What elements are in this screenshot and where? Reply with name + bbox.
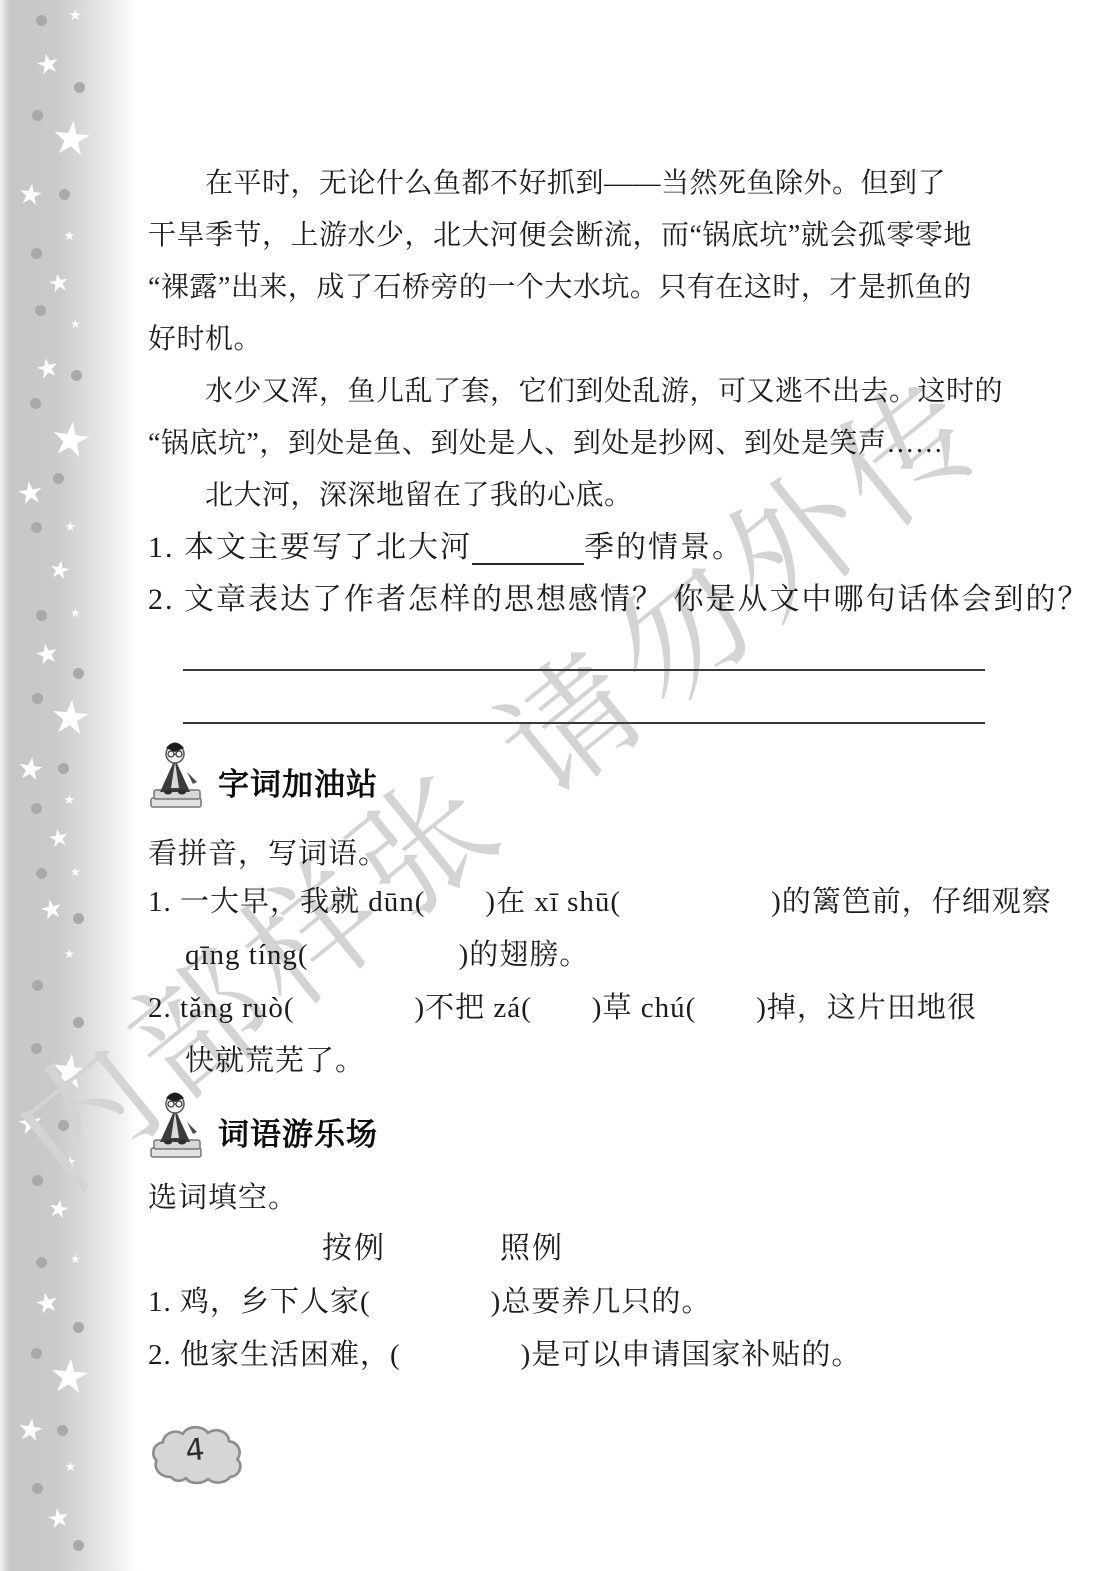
star-icon: ★ — [70, 866, 81, 878]
section2-instruction: 选词填空。 — [148, 1172, 298, 1225]
dot-icon — [53, 473, 64, 484]
scholar-on-books-icon — [146, 742, 204, 810]
passage-line: 北大河，深深地留在了我的心底。 — [148, 470, 993, 522]
word-option: 按例 — [322, 1222, 386, 1275]
exercise-line: 2. tǎng ruò( )不把 zá( )草 chú( )掉，这片田地很 — [148, 982, 1048, 1035]
question-2: 2. 文章表达了作者怎样的思想感情？ 你是从文中哪句话体会到的？ — [148, 574, 993, 626]
star-icon: ★ — [46, 269, 71, 296]
section1-instruction: 看拼音，写词语。 — [148, 828, 388, 881]
star-icon: ★ — [47, 413, 94, 464]
star-icon: ★ — [69, 8, 82, 23]
dot-icon — [35, 305, 46, 316]
star-icon: ★ — [15, 1414, 46, 1447]
fill-blank-exercise: 1. 鸡，乡下人家( )总要养几只的。 2. 他家生活困难，( )是可以申请国家… — [148, 1276, 1048, 1382]
passage-line: 干旱季节，上游水少，北大河便会断流，而“锅底坑”就会孤零零地 — [148, 210, 993, 262]
star-icon: ★ — [47, 1351, 92, 1400]
dot-icon — [73, 668, 84, 679]
passage-line: “锅底坑”，到处是鱼、到处是人、到处是抄网、到处是笑声…… — [148, 418, 993, 470]
section-header-games: 词语游乐场 — [146, 1092, 378, 1160]
star-icon: ★ — [33, 49, 62, 80]
question-1-suffix: 季的情景。 — [584, 531, 744, 564]
star-icon: ★ — [38, 895, 66, 925]
star-icon: ★ — [49, 113, 95, 163]
dot-icon — [73, 1322, 84, 1333]
star-icon: ★ — [65, 521, 77, 534]
dot-icon — [59, 189, 70, 200]
dot-icon — [31, 248, 42, 259]
dot-icon — [31, 522, 42, 533]
question-1-text: 1. 本文主要写了北大河 — [148, 531, 472, 564]
word-bank: 按例 照例 — [322, 1222, 564, 1275]
dot-icon — [31, 803, 42, 814]
exercise-line: 1. 一大早，我就 dūn( )在 xī shū( )的篱笆前，仔细观察 — [148, 876, 1048, 929]
passage-line: 水少又浑，鱼儿乱了套，它们到处乱游，可又逃不出去。这时的 — [148, 366, 993, 418]
answer-line-1 — [183, 669, 985, 671]
reading-passage: 在平时，无论什么鱼都不好抓到——当然死鱼除外。但到了 干旱季节，上游水少，北大河… — [148, 158, 993, 626]
dot-icon — [32, 693, 43, 704]
section-title: 字词加油站 — [218, 759, 378, 804]
dot-icon — [36, 15, 47, 26]
star-icon: ★ — [15, 477, 46, 510]
star-icon: ★ — [65, 1461, 77, 1474]
passage-line: 好时机。 — [148, 314, 993, 366]
star-icon: ★ — [32, 639, 61, 670]
exercise-line: 快就荒芜了。 — [148, 1035, 1048, 1088]
star-icon: ★ — [34, 354, 62, 384]
star-icon: ★ — [70, 318, 81, 330]
star-icon: ★ — [15, 753, 46, 786]
scholar-on-books-icon — [146, 1092, 204, 1160]
dot-icon — [58, 763, 69, 774]
exercise-line: 2. 他家生活困难，( )是可以申请国家补贴的。 — [148, 1329, 1048, 1382]
exercise-line: 1. 鸡，乡下人家( )总要养几只的。 — [148, 1276, 1048, 1329]
star-icon: ★ — [46, 824, 71, 851]
passage-line: “裸露”出来，成了石桥旁的一个大水坑。只有在这时，才是抓鱼的 — [148, 262, 993, 314]
dot-icon — [36, 868, 47, 879]
word-option: 照例 — [500, 1222, 564, 1275]
star-icon: ★ — [48, 692, 93, 741]
section-header-words: 字词加油站 — [146, 742, 378, 810]
dot-icon — [73, 913, 84, 924]
dot-icon — [57, 1425, 68, 1436]
star-icon: ★ — [64, 794, 76, 807]
section-title: 词语游乐场 — [218, 1109, 378, 1154]
star-icon: ★ — [16, 179, 45, 210]
page-number-cloud: 4 — [146, 1424, 254, 1488]
question-1: 1. 本文主要写了北大河季的情景。 — [148, 522, 993, 574]
dot-icon — [32, 110, 43, 121]
dot-icon — [31, 1348, 42, 1359]
answer-blank-underline — [472, 533, 584, 565]
passage-line: 在平时，无论什么鱼都不好抓到——当然死鱼除外。但到了 — [148, 158, 993, 210]
star-icon: ★ — [64, 948, 75, 960]
dot-icon — [73, 1540, 84, 1551]
dot-icon — [36, 610, 47, 621]
pinyin-exercise: 1. 一大早，我就 dūn( )在 xī shū( )的篱笆前，仔细观察 qīn… — [148, 876, 1048, 1088]
dot-icon — [71, 370, 82, 381]
dot-icon — [30, 398, 41, 409]
star-icon: ★ — [45, 1504, 72, 1534]
dot-icon — [74, 82, 85, 93]
star-icon: ★ — [64, 230, 76, 243]
dot-icon — [32, 1483, 43, 1494]
answer-line-2 — [183, 722, 985, 724]
exercise-line: qīng tíng( )的翅膀。 — [148, 929, 1048, 982]
star-icon: ★ — [47, 556, 72, 583]
star-icon: ★ — [70, 607, 81, 619]
workbook-page: { "page": { "number": "4", "watermark": … — [0, 0, 1110, 1571]
